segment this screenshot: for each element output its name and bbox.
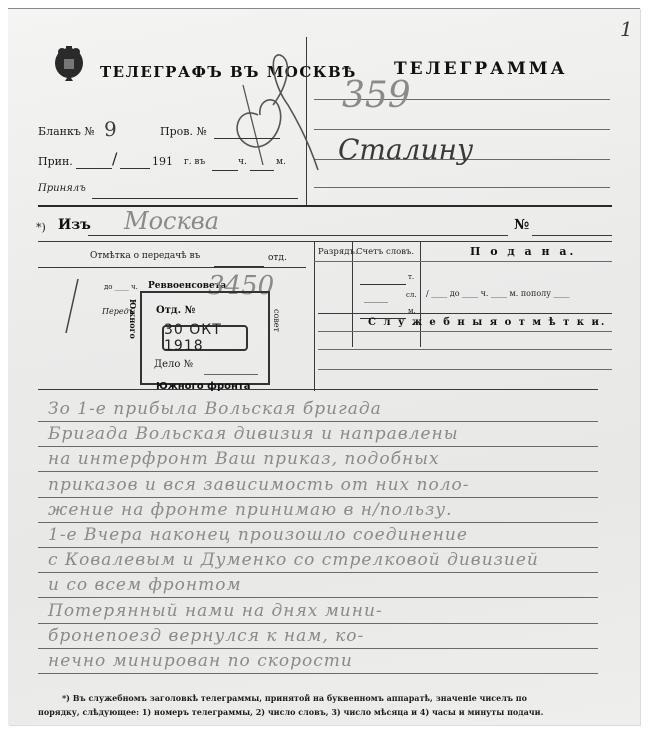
- rule: [318, 369, 612, 370]
- footnote-marker: *): [36, 221, 46, 234]
- blank-value: 9: [104, 117, 117, 141]
- message-rule: [38, 623, 598, 624]
- double-headed-eagle-icon: [52, 45, 86, 81]
- ch-label: ч.: [238, 157, 247, 167]
- message-rule: [38, 572, 598, 573]
- schet-t-field[interactable]: [360, 271, 406, 285]
- from-label: Изъ: [58, 217, 91, 233]
- message-rule: [38, 547, 598, 548]
- message-rule: [38, 446, 598, 447]
- priyan-month-field[interactable]: [120, 155, 150, 169]
- from-number-field: [532, 235, 612, 236]
- rule: [38, 267, 306, 268]
- message-line: и со всем фронтом: [48, 575, 242, 595]
- message-rule: [38, 597, 598, 598]
- col-schet: Счетъ словъ.: [356, 247, 414, 257]
- stamp-side-right: совет: [272, 309, 281, 332]
- blank-label: Бланкъ №: [38, 125, 95, 138]
- pencil-mark-icon: [62, 277, 82, 337]
- transfer-field[interactable]: [214, 253, 264, 267]
- message-line: бронепоезд вернулся к нам, ко-: [48, 626, 364, 646]
- message-line: Бригада Вольская дивизия и направлены: [48, 424, 459, 444]
- message-line: с Ковалевым и Думенко со стрелковой диви…: [48, 550, 539, 570]
- telegram-form: 1 ТЕЛЕГРАФЪ ВЪ МОСКВѢ ТЕЛЕГРАММА 359 Ста…: [8, 8, 640, 725]
- handwritten-recipient: Сталину: [338, 133, 473, 166]
- stamp-side-left: Южного: [128, 299, 138, 339]
- handwritten-number: 359: [342, 75, 411, 116]
- footnote-line-1: *) Въ служебномъ заголовкѣ телеграммы, п…: [62, 693, 527, 703]
- slash: /: [112, 149, 117, 168]
- rule: [318, 313, 612, 314]
- footnote-line-2: порядку, слѣдующее: 1) номеръ телеграммы…: [38, 707, 543, 717]
- from-underline: [88, 235, 508, 236]
- stamp-prefix: до ____ ч.: [104, 283, 138, 291]
- service-marks-title: С л у ж е б н ы я о т м ѣ т к и.: [368, 317, 606, 328]
- message-line: на интерфронт Ваш приказ, подобных: [48, 449, 440, 469]
- priyan-label: Прин.: [38, 155, 73, 168]
- stamp-delo-field: [204, 361, 258, 375]
- stamp-date: 30 ОКТ 1918: [162, 325, 248, 351]
- from-value: Москва: [124, 207, 219, 235]
- header-right-title: ТЕЛЕГРАММА: [394, 59, 567, 79]
- message-line: приказов и вся зависимость от них поло-: [48, 475, 470, 495]
- signature-scrawl-icon: [218, 45, 328, 175]
- stamp-otd-label: Отд. №: [156, 305, 195, 316]
- hours-field[interactable]: [212, 157, 238, 171]
- col-podana: П о д а н а.: [470, 245, 576, 258]
- rule: [318, 331, 612, 332]
- table-left-border: [314, 241, 315, 391]
- transfer-label: Отмѣтка о передачѣ въ: [90, 251, 200, 261]
- transfer-suffix: отд.: [268, 253, 287, 263]
- message-line: Зо 1-е прибыла Вольская бригада: [48, 399, 382, 419]
- message-rule: [38, 421, 598, 422]
- year-prefix: 191: [152, 155, 173, 168]
- prinyal-field[interactable]: [92, 185, 298, 199]
- m-label: м.: [276, 157, 286, 167]
- message-rule: [38, 648, 598, 649]
- message-line: нечно минирован по скорости: [48, 651, 353, 671]
- priyan-day-field[interactable]: [76, 155, 112, 169]
- rule: [38, 389, 598, 390]
- stamp-bottom-line: Южного фронта: [156, 381, 250, 392]
- prinyal-label: Принялъ: [38, 183, 86, 194]
- message-rule: [38, 497, 598, 498]
- col-razryad: Разрядъ.: [318, 247, 358, 257]
- prov-label: Пров. №: [160, 125, 207, 138]
- schet-t-label: т.: [408, 273, 414, 281]
- prov-field[interactable]: [214, 125, 280, 139]
- rule: [318, 349, 612, 350]
- rule: [314, 129, 610, 130]
- rule: [314, 261, 612, 262]
- message-line: жение на фронте принимаю в н/пользу.: [48, 500, 453, 520]
- schet-sl-label: сл.: [406, 291, 417, 299]
- minutes-field[interactable]: [250, 157, 274, 171]
- rule: [314, 187, 610, 188]
- schet-sl-field[interactable]: [364, 289, 388, 303]
- rule: [38, 241, 612, 242]
- from-number-label: №: [514, 217, 529, 233]
- message-rule: [38, 522, 598, 523]
- g-v-label: г. въ: [184, 157, 205, 167]
- message-rule: [38, 673, 598, 674]
- podana-row: / ____ до ____ ч. ____ м. пополу ____: [426, 289, 569, 298]
- message-line: Потерянный нами на днях мини-: [48, 601, 383, 621]
- page-number: 1: [620, 17, 633, 41]
- stamp-delo-label: Дело №: [154, 359, 193, 370]
- message-rule: [38, 471, 598, 472]
- message-line: 1-е Вчера наконец произошло соединение: [48, 525, 468, 545]
